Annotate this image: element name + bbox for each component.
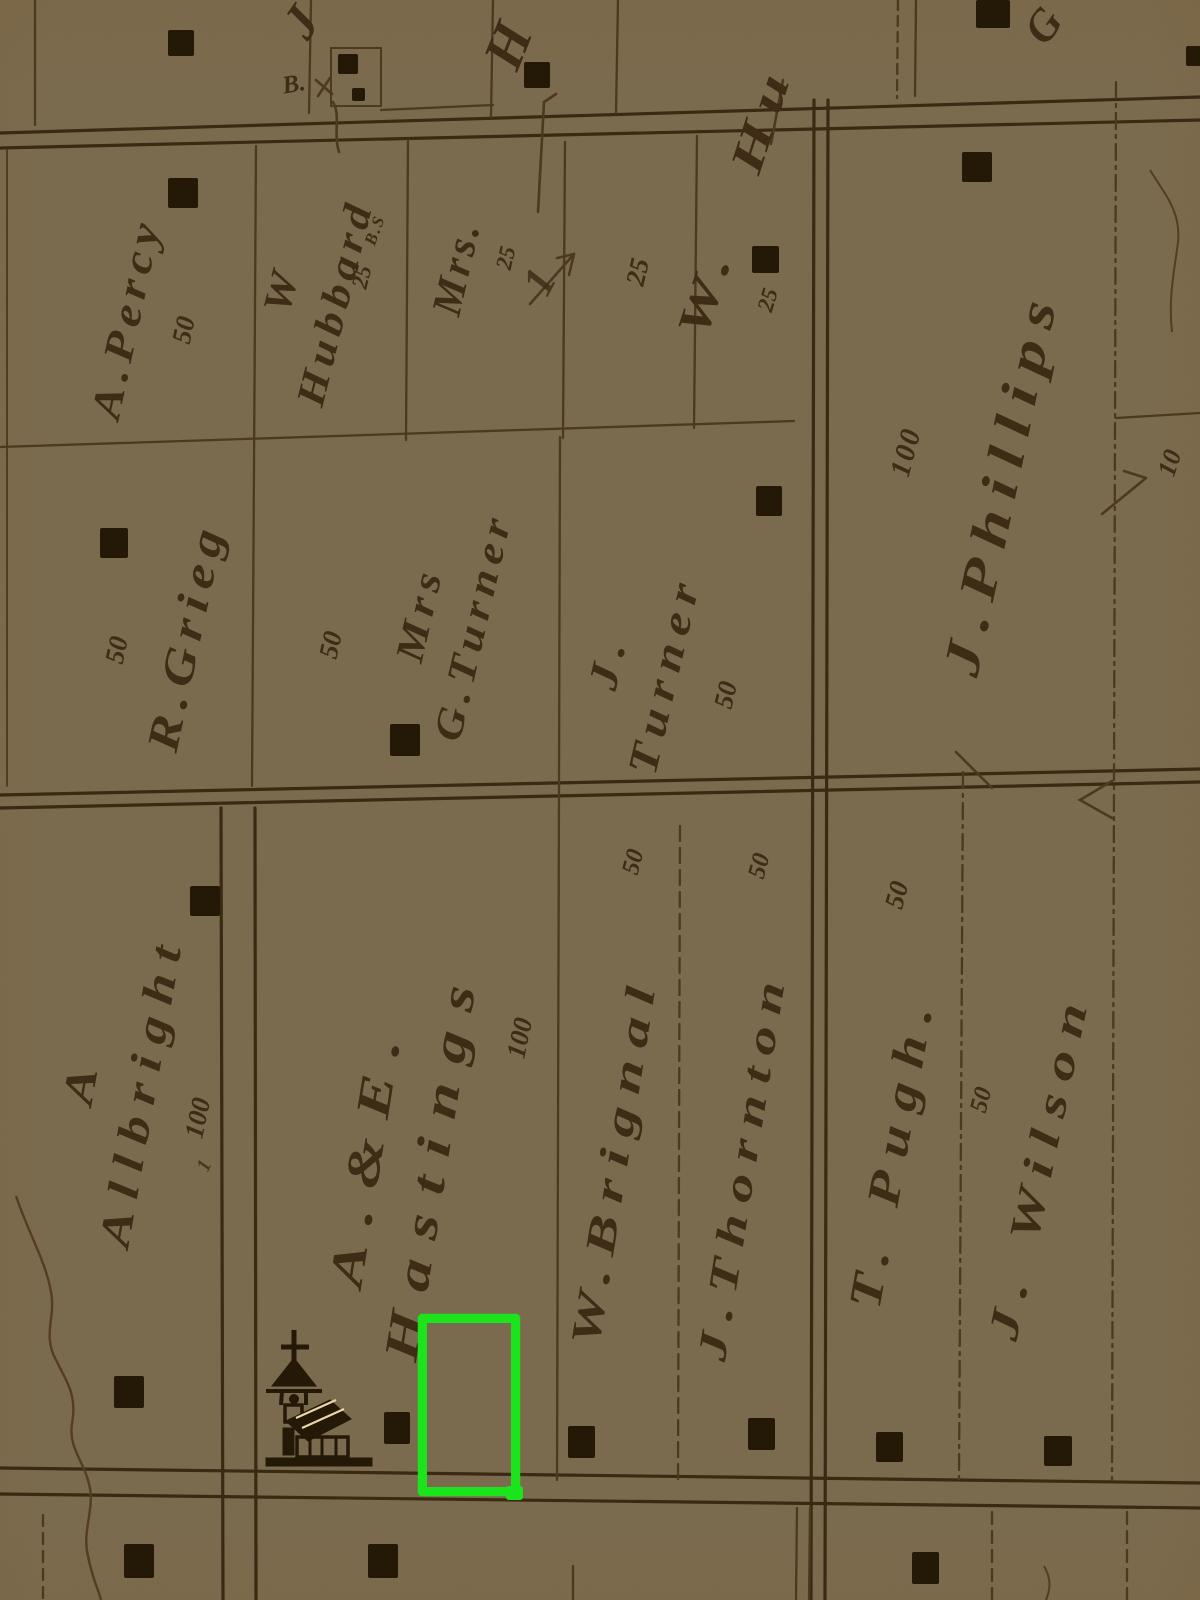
house-marker bbox=[1044, 1436, 1072, 1466]
house-marker bbox=[114, 1376, 144, 1408]
paper-texture bbox=[0, 0, 1200, 1600]
house-marker bbox=[168, 30, 194, 56]
house-marker bbox=[384, 1412, 410, 1444]
road-vertical-west-left bbox=[221, 808, 223, 1600]
church-bell bbox=[290, 1395, 299, 1404]
road-vertical-west-right bbox=[255, 808, 256, 1600]
house-marker bbox=[756, 486, 782, 516]
house-marker bbox=[100, 528, 128, 558]
house-marker bbox=[752, 246, 779, 273]
house-marker bbox=[876, 1432, 903, 1462]
house-marker bbox=[962, 152, 992, 182]
church-porch bbox=[283, 1428, 294, 1455]
house-marker bbox=[912, 1552, 939, 1584]
highlight-box bbox=[418, 1314, 520, 1496]
house-marker bbox=[748, 1418, 775, 1450]
church-platform bbox=[266, 1458, 372, 1466]
house-marker bbox=[568, 1426, 595, 1458]
house-marker bbox=[1186, 46, 1200, 66]
house-marker bbox=[368, 1544, 398, 1578]
house-marker bbox=[190, 886, 220, 916]
map-linework bbox=[0, 0, 1200, 1600]
house-marker bbox=[168, 178, 198, 208]
house-marker bbox=[352, 88, 365, 101]
house-marker bbox=[338, 54, 358, 74]
plat-map-canvas: J B. B.S H G A.Percy 50 W Hubbard 25 Mrs… bbox=[0, 0, 1200, 1600]
house-marker bbox=[976, 0, 1010, 28]
house-marker bbox=[124, 1544, 154, 1578]
